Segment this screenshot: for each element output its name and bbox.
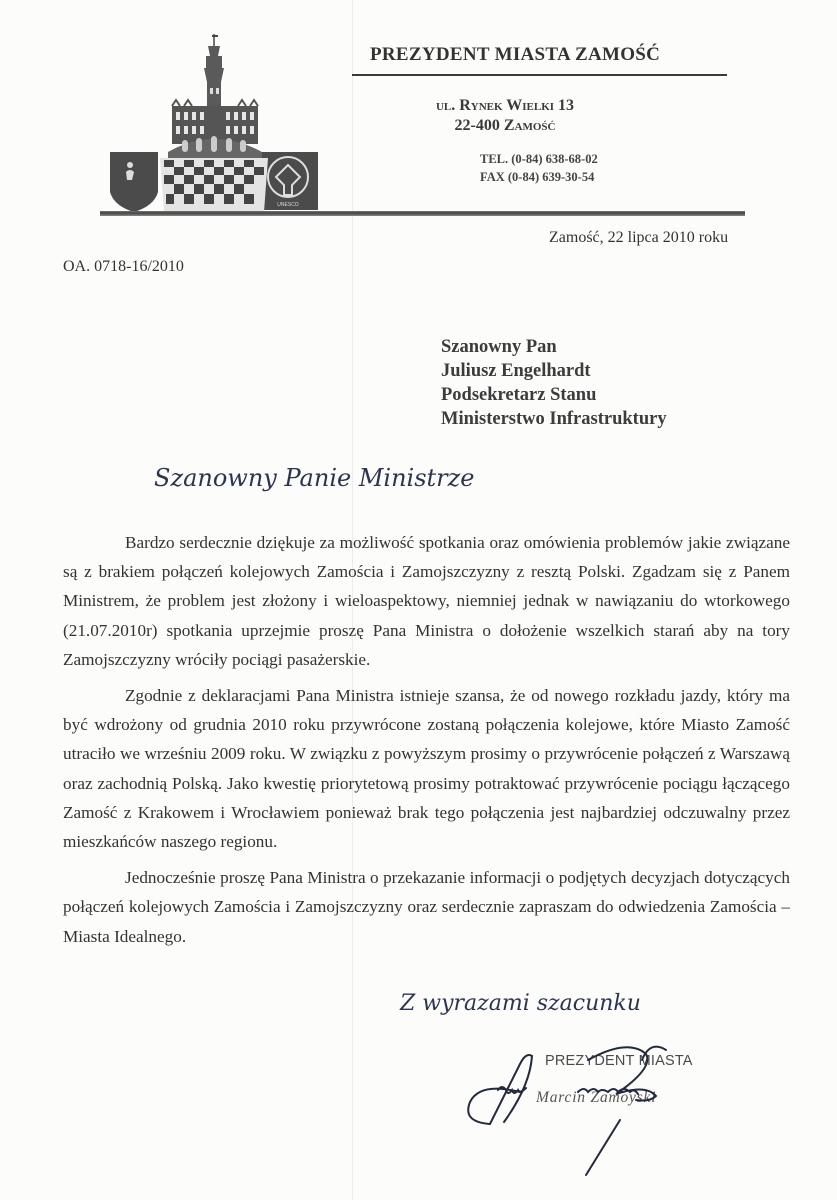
- letterhead-divider: [352, 74, 727, 76]
- signature-scribble-icon: [460, 1030, 700, 1180]
- town-hall-emblem-icon: UNESCO: [108, 32, 320, 212]
- svg-text:UNESCO: UNESCO: [277, 202, 299, 208]
- letterhead-bottom-rule: [100, 211, 745, 216]
- letter-body: Bardzo serdecznie dziękuje za możliwość …: [63, 528, 790, 958]
- letter-page: UNESCO: [0, 0, 837, 1200]
- address-city: 22-400 Zamość: [430, 116, 580, 136]
- city-coat-of-arms-icon: [110, 152, 158, 212]
- addressee-line: Podsekretarz Stanu: [441, 383, 667, 407]
- addressee-line: Juliusz Engelhardt: [441, 359, 667, 383]
- body-paragraph: Zgodnie z deklaracjami Pana Ministra ist…: [63, 681, 790, 856]
- phone-number: TEL. (0-84) 638-68-02: [480, 150, 700, 168]
- reference-number: OA. 0718-16/2010: [63, 258, 184, 276]
- body-paragraph: Bardzo serdecznie dziękuje za możliwość …: [63, 528, 790, 674]
- addressee-line: Ministerstwo Infrastruktury: [441, 407, 667, 431]
- addressee-line: Szanowny Pan: [441, 335, 667, 359]
- closing-text: Z wyrazami szacunku: [399, 991, 641, 1016]
- letterhead-address: ul. Rynek Wielki 13 22-400 Zamość: [430, 96, 580, 136]
- handwritten-closing: Z wyrazami szacunku: [398, 980, 688, 1030]
- letterhead-contact: TEL. (0-84) 638-68-02 FAX (0-84) 639-30-…: [430, 150, 700, 186]
- salutation-text: Szanowny Panie Ministrze: [154, 464, 475, 492]
- fax-number: FAX (0-84) 639-30-54: [480, 168, 700, 186]
- body-paragraph: Jednocześnie proszę Pana Ministra o prze…: [63, 863, 790, 951]
- address-street: ul. Rynek Wielki 13: [430, 96, 580, 116]
- letterhead-title: PREZYDENT MIASTA ZAMOŚĆ: [370, 44, 660, 66]
- addressee-block: Szanowny Pan Juliusz Engelhardt Podsekre…: [441, 335, 667, 431]
- handwritten-salutation: Szanowny Panie Ministrze: [150, 458, 530, 508]
- place-date: Zamość, 22 lipca 2010 roku: [549, 229, 728, 247]
